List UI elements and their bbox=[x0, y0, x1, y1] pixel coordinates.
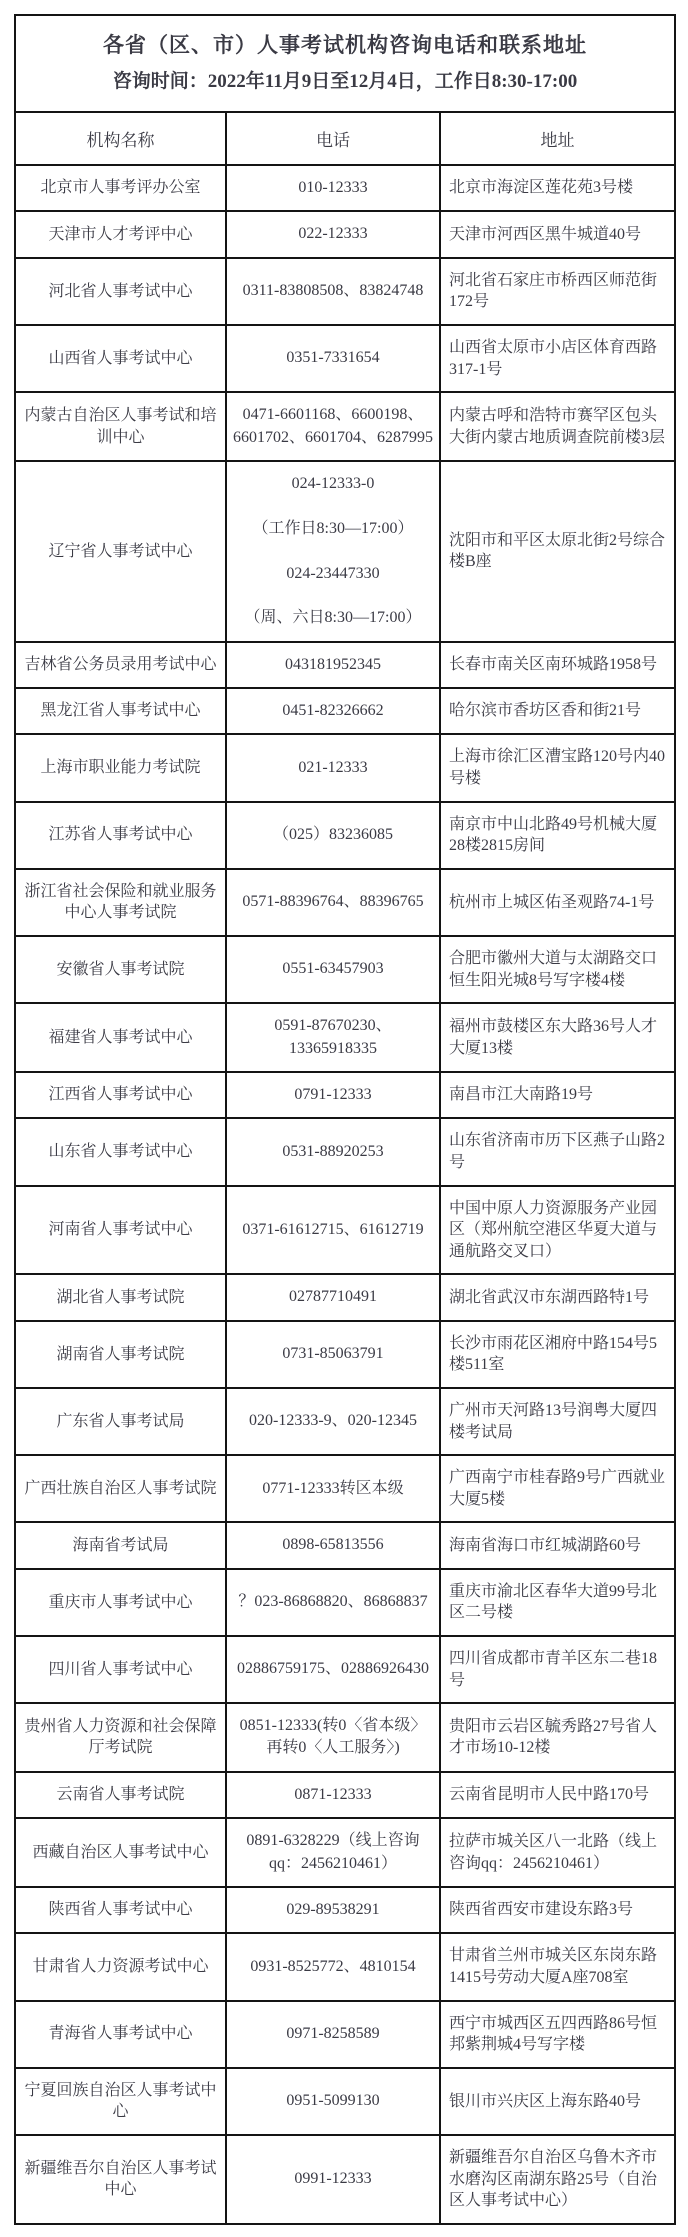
table-row: 湖南省人事考试院 0731-85063791 长沙市雨花区湘府中路154号5楼5… bbox=[15, 1321, 675, 1388]
table-row: 浙江省社会保险和就业服务中心人事考试院 0571-88396764、883967… bbox=[15, 869, 675, 936]
phone-cell: 043181952345 bbox=[226, 642, 440, 688]
org-name-cell: 四川省人事考试中心 bbox=[15, 1636, 226, 1703]
address-cell: 天津市河西区黑牛城道40号 bbox=[440, 211, 675, 257]
org-name-cell: 江苏省人事考试中心 bbox=[15, 802, 226, 869]
address-cell: 陕西省西安市建设东路3号 bbox=[440, 1887, 675, 1933]
table-row: 贵州省人力资源和社会保障厅考试院 0851-12333(转0〈省本级〉再转0〈人… bbox=[15, 1703, 675, 1772]
org-name-cell: 甘肃省人力资源考试中心 bbox=[15, 1933, 226, 2000]
phone-cell: 0451-82326662 bbox=[226, 688, 440, 734]
org-name-cell: 山西省人事考试中心 bbox=[15, 325, 226, 392]
address-cell: 新疆维吾尔自治区乌鲁木齐市水磨沟区南湖东路25号（自治区人事考试中心） bbox=[440, 2135, 675, 2224]
org-name-cell: 宁夏回族自治区人事考试中心 bbox=[15, 2068, 226, 2135]
table-row: 北京市人事考评办公室 010-12333 北京市海淀区莲花苑3号楼 bbox=[15, 165, 675, 211]
table-row: 辽宁省人事考试中心 024-12333-0 （工作日8:30—17:00） 02… bbox=[15, 461, 675, 642]
address-cell: 云南省昆明市人民中路170号 bbox=[440, 1772, 675, 1818]
address-cell: 贵阳市云岩区毓秀路27号省人才市场10-12楼 bbox=[440, 1703, 675, 1772]
phone-cell: 0351-7331654 bbox=[226, 325, 440, 392]
table-row: 河北省人事考试中心 0311-83808508、83824748 河北省石家庄市… bbox=[15, 258, 675, 325]
phone-cell: 0771-12333转区本级 bbox=[226, 1455, 440, 1522]
address-cell: 湖北省武汉市东湖西路特1号 bbox=[440, 1274, 675, 1320]
address-cell: 杭州市上城区佑圣观路74-1号 bbox=[440, 869, 675, 936]
table-row: 湖北省人事考试院 02787710491 湖北省武汉市东湖西路特1号 bbox=[15, 1274, 675, 1320]
table-row: 山西省人事考试中心 0351-7331654 山西省太原市小店区体育西路317-… bbox=[15, 325, 675, 392]
address-cell: 广州市天河路13号润粤大厦四楼考试局 bbox=[440, 1388, 675, 1455]
phone-cell: 0871-12333 bbox=[226, 1772, 440, 1818]
phone-cell: 0898-65813556 bbox=[226, 1522, 440, 1568]
table-row: 上海市职业能力考试院 021-12333 上海市徐汇区漕宝路120号内40号楼 bbox=[15, 734, 675, 801]
phone-cell: 02787710491 bbox=[226, 1274, 440, 1320]
table-row: 新疆维吾尔自治区人事考试中心 0991-12333 新疆维吾尔自治区乌鲁木齐市水… bbox=[15, 2135, 675, 2224]
table-row: 甘肃省人力资源考试中心 0931-8525772、4810154 甘肃省兰州市城… bbox=[15, 1933, 675, 2000]
address-cell: 哈尔滨市香坊区香和街21号 bbox=[440, 688, 675, 734]
org-name-cell: 湖南省人事考试院 bbox=[15, 1321, 226, 1388]
phone-cell: 0931-8525772、4810154 bbox=[226, 1933, 440, 2000]
org-name-cell: 黑龙江省人事考试中心 bbox=[15, 688, 226, 734]
address-cell: 山东省济南市历下区燕子山路2号 bbox=[440, 1118, 675, 1185]
phone-cell: 0371-61612715、61612719 bbox=[226, 1186, 440, 1275]
phone-cell: （025）83236085 bbox=[226, 802, 440, 869]
phone-cell: 010-12333 bbox=[226, 165, 440, 211]
table-row: 福建省人事考试中心 0591-87670230、13365918335 福州市鼓… bbox=[15, 1003, 675, 1072]
org-name-cell: 湖北省人事考试院 bbox=[15, 1274, 226, 1320]
address-cell: 中国中原人力资源服务产业园区（郑州航空港区华夏大道与通航路交叉口） bbox=[440, 1186, 675, 1275]
phone-cell: 0951-5099130 bbox=[226, 2068, 440, 2135]
phone-cell: 0551-63457903 bbox=[226, 936, 440, 1003]
address-cell: 福州市鼓楼区东大路36号人才大厦13楼 bbox=[440, 1003, 675, 1072]
address-cell: 南昌市江大南路19号 bbox=[440, 1072, 675, 1118]
title-block: 各省（区、市）人事考试机构咨询电话和联系地址 咨询时间：2022年11月9日至1… bbox=[15, 15, 675, 112]
org-name-cell: 山东省人事考试中心 bbox=[15, 1118, 226, 1185]
phone-cell: 02886759175、02886926430 bbox=[226, 1636, 440, 1703]
phone-cell: 0991-12333 bbox=[226, 2135, 440, 2224]
org-name-cell: 吉林省公务员录用考试中心 bbox=[15, 642, 226, 688]
table-row: 云南省人事考试院 0871-12333 云南省昆明市人民中路170号 bbox=[15, 1772, 675, 1818]
table-row: 宁夏回族自治区人事考试中心 0951-5099130 银川市兴庆区上海东路40号 bbox=[15, 2068, 675, 2135]
org-name-cell: 辽宁省人事考试中心 bbox=[15, 461, 226, 642]
org-name-cell: 北京市人事考评办公室 bbox=[15, 165, 226, 211]
table-body: 北京市人事考评办公室 010-12333 北京市海淀区莲花苑3号楼 天津市人才考… bbox=[15, 165, 675, 2224]
column-header-org: 机构名称 bbox=[15, 112, 226, 165]
address-cell: 南京市中山北路49号机械大厦28楼2815房间 bbox=[440, 802, 675, 869]
table-row: 天津市人才考评中心 022-12333 天津市河西区黑牛城道40号 bbox=[15, 211, 675, 257]
address-cell: 广西南宁市桂春路9号广西就业大厦5楼 bbox=[440, 1455, 675, 1522]
table-row: 西藏自治区人事考试中心 0891-6328229（线上咨询qq：24562104… bbox=[15, 1818, 675, 1887]
org-name-cell: 上海市职业能力考试院 bbox=[15, 734, 226, 801]
table-row: 海南省考试局 0898-65813556 海南省海口市红城湖路60号 bbox=[15, 1522, 675, 1568]
org-name-cell: 青海省人事考试中心 bbox=[15, 2001, 226, 2068]
phone-cell: 022-12333 bbox=[226, 211, 440, 257]
address-cell: 山西省太原市小店区体育西路317-1号 bbox=[440, 325, 675, 392]
org-name-cell: 海南省考试局 bbox=[15, 1522, 226, 1568]
table-row: 陕西省人事考试中心 029-89538291 陕西省西安市建设东路3号 bbox=[15, 1887, 675, 1933]
address-cell: 银川市兴庆区上海东路40号 bbox=[440, 2068, 675, 2135]
table-row: 广西壮族自治区人事考试院 0771-12333转区本级 广西南宁市桂春路9号广西… bbox=[15, 1455, 675, 1522]
address-cell: 长沙市雨花区湘府中路154号5楼511室 bbox=[440, 1321, 675, 1388]
phone-cell: 0311-83808508、83824748 bbox=[226, 258, 440, 325]
address-cell: 内蒙古呼和浩特市赛罕区包头大街内蒙古地质调查院前楼3层 bbox=[440, 392, 675, 461]
org-name-cell: 贵州省人力资源和社会保障厅考试院 bbox=[15, 1703, 226, 1772]
phone-cell: 0891-6328229（线上咨询qq：2456210461） bbox=[226, 1818, 440, 1887]
phone-cell: 0791-12333 bbox=[226, 1072, 440, 1118]
address-cell: 甘肃省兰州市城关区东岗东路1415号劳动大厦A座708室 bbox=[440, 1933, 675, 2000]
org-name-cell: 浙江省社会保险和就业服务中心人事考试院 bbox=[15, 869, 226, 936]
phone-cell: 0471-6601168、6600198、6601702、6601704、628… bbox=[226, 392, 440, 461]
org-name-cell: 云南省人事考试院 bbox=[15, 1772, 226, 1818]
phone-cell: 024-12333-0 （工作日8:30—17:00） 024-23447330… bbox=[226, 461, 440, 642]
page: 各省（区、市）人事考试机构咨询电话和联系地址 咨询时间：2022年11月9日至1… bbox=[0, 0, 688, 2237]
table-row: 河南省人事考试中心 0371-61612715、61612719 中国中原人力资… bbox=[15, 1186, 675, 1275]
phone-cell: 021-12333 bbox=[226, 734, 440, 801]
table-row: 重庆市人事考试中心 ？023-86868820、86868837 重庆市渝北区春… bbox=[15, 1569, 675, 1636]
table-row: 江西省人事考试中心 0791-12333 南昌市江大南路19号 bbox=[15, 1072, 675, 1118]
phone-cell: 0571-88396764、88396765 bbox=[226, 869, 440, 936]
org-name-cell: 河南省人事考试中心 bbox=[15, 1186, 226, 1275]
org-name-cell: 江西省人事考试中心 bbox=[15, 1072, 226, 1118]
phone-cell: 0971-8258589 bbox=[226, 2001, 440, 2068]
column-header-address: 地址 bbox=[440, 112, 675, 165]
phone-cell: 0851-12333(转0〈省本级〉再转0〈人工服务〉) bbox=[226, 1703, 440, 1772]
phone-cell: 0591-87670230、13365918335 bbox=[226, 1003, 440, 1072]
address-cell: 河北省石家庄市桥西区师范街172号 bbox=[440, 258, 675, 325]
address-cell: 海南省海口市红城湖路60号 bbox=[440, 1522, 675, 1568]
page-subtitle: 咨询时间：2022年11月9日至12月4日，工作日8:30-17:00 bbox=[24, 65, 666, 99]
phone-cell: 029-89538291 bbox=[226, 1887, 440, 1933]
phone-cell: 0531-88920253 bbox=[226, 1118, 440, 1185]
address-cell: 长春市南关区南环城路1958号 bbox=[440, 642, 675, 688]
address-cell: 四川省成都市青羊区东二巷18号 bbox=[440, 1636, 675, 1703]
column-header-phone: 电话 bbox=[226, 112, 440, 165]
table-header-row: 机构名称 电话 地址 bbox=[15, 112, 675, 165]
address-cell: 重庆市渝北区春华大道99号北区二号楼 bbox=[440, 1569, 675, 1636]
address-cell: 沈阳市和平区太原北街2号综合楼B座 bbox=[440, 461, 675, 642]
address-cell: 西宁市城西区五四西路86号恒邦紫荆城4号写字楼 bbox=[440, 2001, 675, 2068]
table-row: 黑龙江省人事考试中心 0451-82326662 哈尔滨市香坊区香和街21号 bbox=[15, 688, 675, 734]
title-row: 各省（区、市）人事考试机构咨询电话和联系地址 咨询时间：2022年11月9日至1… bbox=[15, 15, 675, 112]
org-name-cell: 福建省人事考试中心 bbox=[15, 1003, 226, 1072]
table-row: 内蒙古自治区人事考试和培训中心 0471-6601168、6600198、660… bbox=[15, 392, 675, 461]
table-row: 青海省人事考试中心 0971-8258589 西宁市城西区五四西路86号恒邦紫荆… bbox=[15, 2001, 675, 2068]
org-name-cell: 新疆维吾尔自治区人事考试中心 bbox=[15, 2135, 226, 2224]
org-name-cell: 广东省人事考试局 bbox=[15, 1388, 226, 1455]
org-name-cell: 内蒙古自治区人事考试和培训中心 bbox=[15, 392, 226, 461]
page-title: 各省（区、市）人事考试机构咨询电话和联系地址 bbox=[24, 26, 666, 65]
org-name-cell: 河北省人事考试中心 bbox=[15, 258, 226, 325]
table-row: 吉林省公务员录用考试中心 043181952345 长春市南关区南环城路1958… bbox=[15, 642, 675, 688]
phone-cell: 020-12333-9、020-12345 bbox=[226, 1388, 440, 1455]
address-cell: 拉萨市城关区八一北路（线上咨询qq：2456210461） bbox=[440, 1818, 675, 1887]
address-cell: 北京市海淀区莲花苑3号楼 bbox=[440, 165, 675, 211]
org-name-cell: 广西壮族自治区人事考试院 bbox=[15, 1455, 226, 1522]
table-row: 四川省人事考试中心 02886759175、02886926430 四川省成都市… bbox=[15, 1636, 675, 1703]
address-cell: 上海市徐汇区漕宝路120号内40号楼 bbox=[440, 734, 675, 801]
table-row: 山东省人事考试中心 0531-88920253 山东省济南市历下区燕子山路2号 bbox=[15, 1118, 675, 1185]
phone-cell: 0731-85063791 bbox=[226, 1321, 440, 1388]
org-name-cell: 重庆市人事考试中心 bbox=[15, 1569, 226, 1636]
address-cell: 合肥市徽州大道与太湖路交口恒生阳光城8号写字楼4楼 bbox=[440, 936, 675, 1003]
contact-table: 各省（区、市）人事考试机构咨询电话和联系地址 咨询时间：2022年11月9日至1… bbox=[14, 14, 676, 2225]
org-name-cell: 西藏自治区人事考试中心 bbox=[15, 1818, 226, 1887]
org-name-cell: 陕西省人事考试中心 bbox=[15, 1887, 226, 1933]
table-row: 广东省人事考试局 020-12333-9、020-12345 广州市天河路13号… bbox=[15, 1388, 675, 1455]
org-name-cell: 天津市人才考评中心 bbox=[15, 211, 226, 257]
phone-cell: ？023-86868820、86868837 bbox=[226, 1569, 440, 1636]
table-row: 江苏省人事考试中心 （025）83236085 南京市中山北路49号机械大厦28… bbox=[15, 802, 675, 869]
org-name-cell: 安徽省人事考试院 bbox=[15, 936, 226, 1003]
table-row: 安徽省人事考试院 0551-63457903 合肥市徽州大道与太湖路交口恒生阳光… bbox=[15, 936, 675, 1003]
